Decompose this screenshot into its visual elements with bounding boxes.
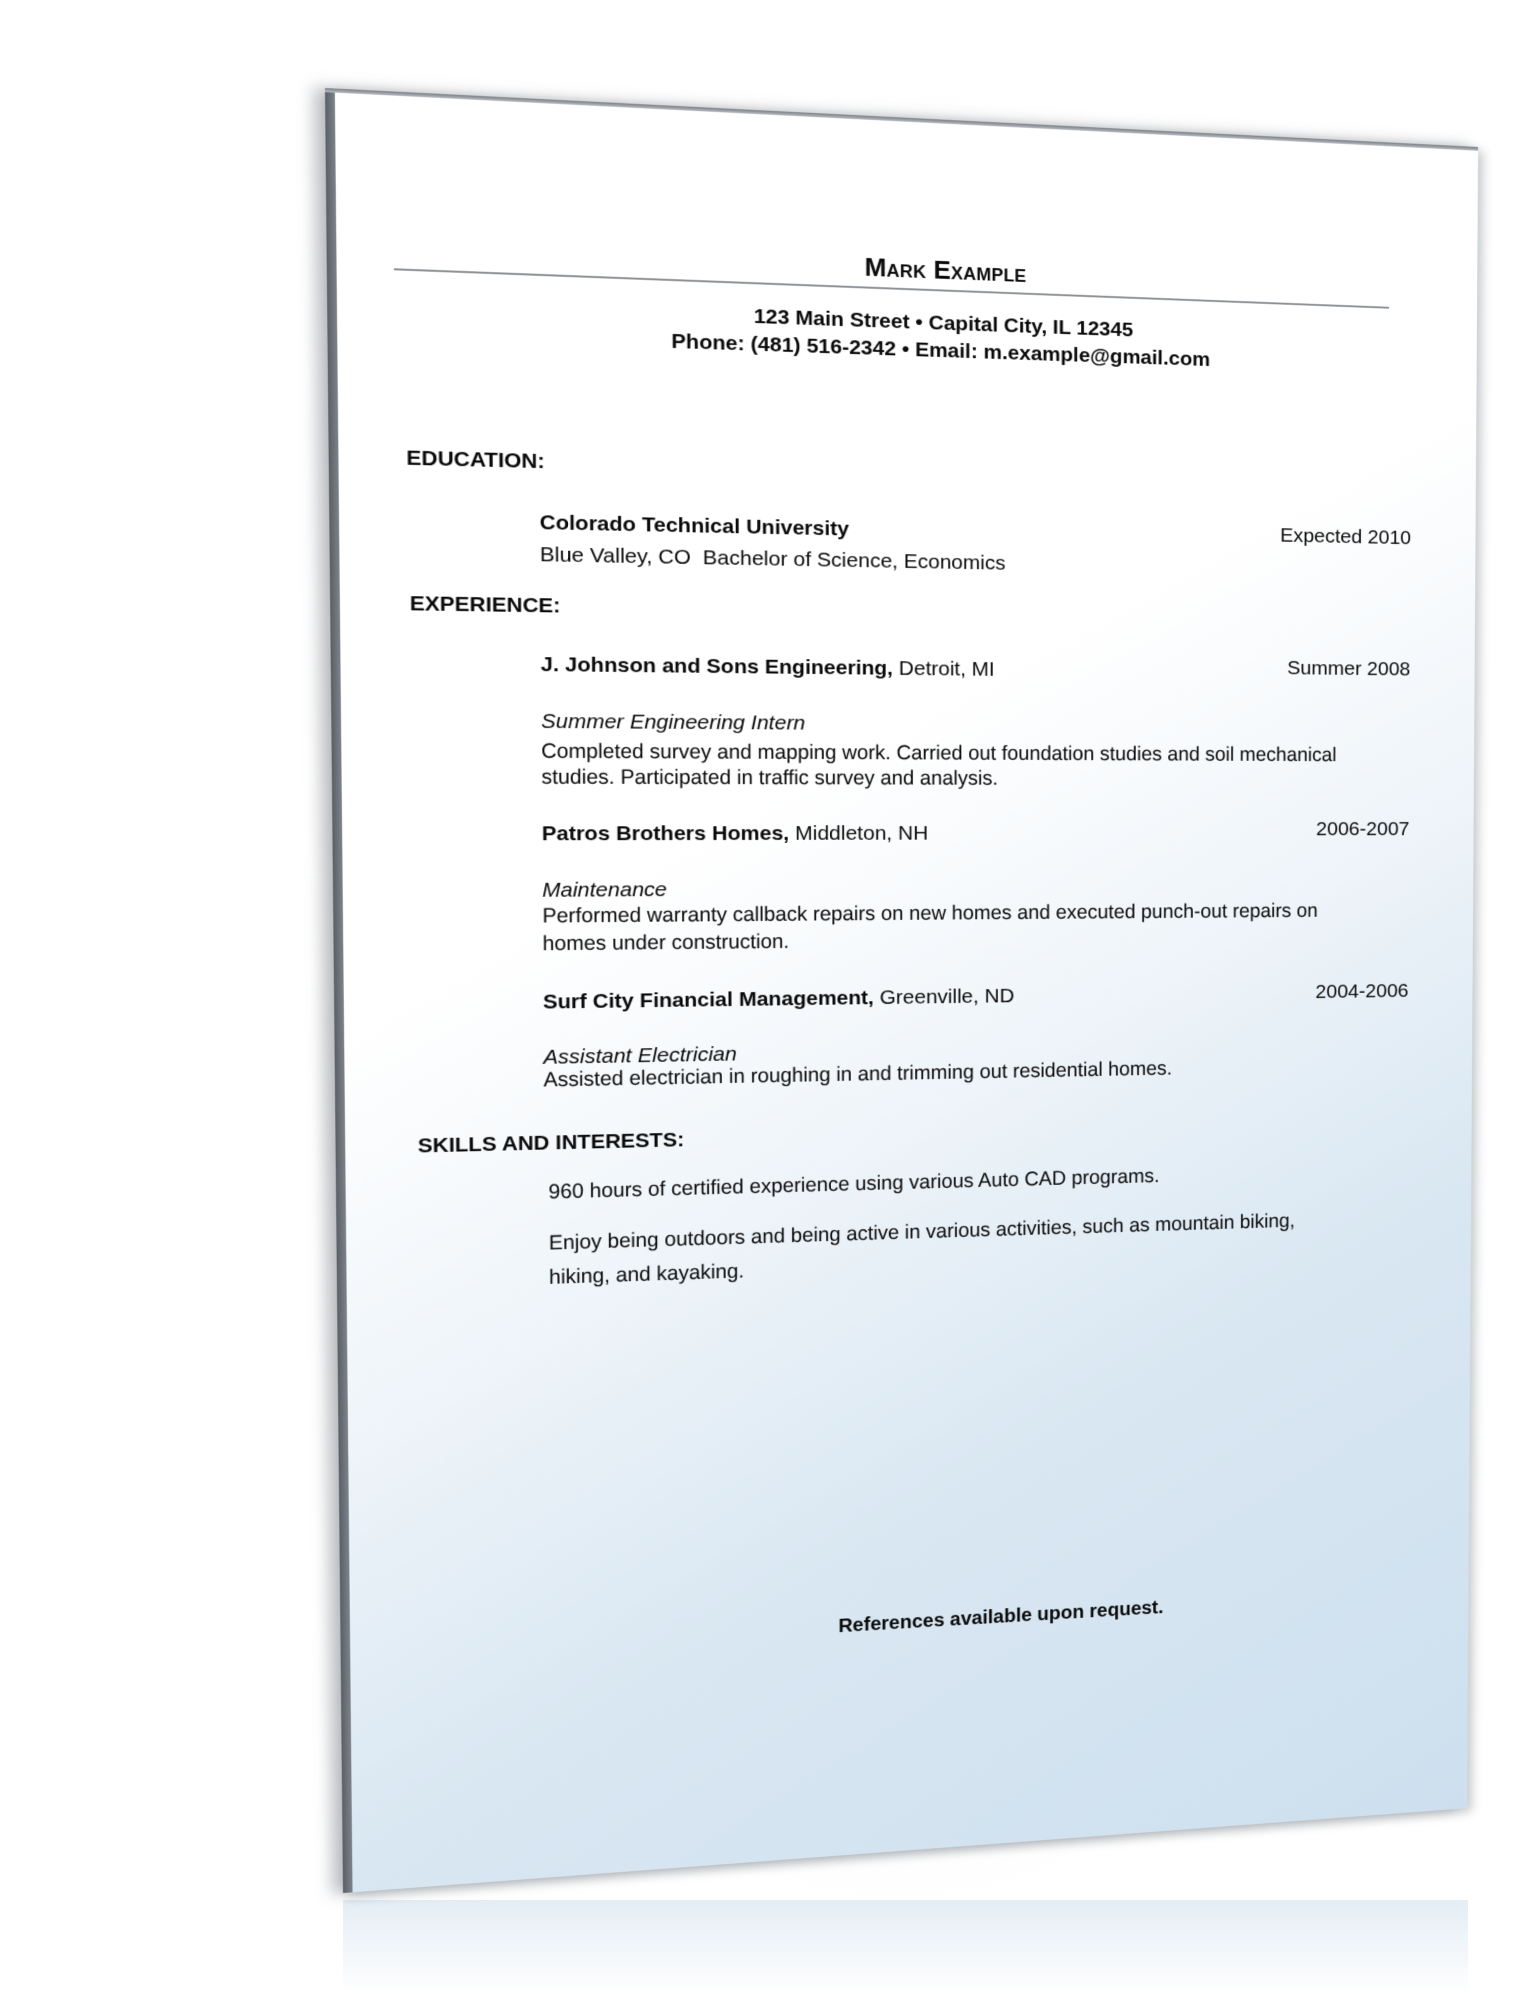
job-2-description-line-1: Performed warranty callback repairs on n… [542,899,1318,929]
education-date: Expected 2010 [1280,524,1411,551]
job-2-title: Maintenance [542,877,667,903]
job-2-header: Patros Brothers Homes, Middleton, NH [542,821,928,847]
job-3-employer: Surf City Financial Management, [543,987,874,1014]
job-2-employer: Patros Brothers Homes, [542,822,789,845]
education-location: Blue Valley, CO [540,543,691,569]
job-2-description-line-2: homes under construction. [542,929,789,957]
job-3-location: Greenville, ND [880,985,1015,1009]
job-3-header: Surf City Financial Management, Greenvil… [543,984,1014,1015]
education-heading: EDUCATION: [406,445,545,475]
job-1-description-line-1: Completed survey and mapping work. Carri… [541,739,1336,768]
skills-item-2-line-2: hiking, and kayaking. [549,1259,744,1291]
education-school: Colorado Technical University [540,510,850,542]
skills-item-1: 960 hours of certified experience using … [548,1164,1159,1205]
references-note: References available upon request. [341,1572,1479,1668]
page-reflection [343,1900,1468,1995]
job-2-location: Middleton, NH [795,822,928,844]
job-1-description-line-2: studies. Participated in traffic survey … [541,765,998,792]
skills-heading: SKILLS AND INTERESTS: [418,1128,685,1160]
education-details: Blue Valley, CO Bachelor of Science, Eco… [540,542,1006,576]
job-1-location: Detroit, MI [899,657,995,680]
job-3-date: 2004-2006 [1315,979,1408,1004]
resume-document-page: Mark Example 123 Main Street • Capital C… [325,88,1478,1893]
experience-heading: EXPERIENCE: [410,591,561,619]
job-1-header: J. Johnson and Sons Engineering, Detroit… [541,652,995,682]
job-2-date: 2006-2007 [1316,817,1409,841]
job-1-date: Summer 2008 [1287,656,1410,682]
job-1-title: Summer Engineering Intern [541,709,805,736]
education-degree: Bachelor of Science, Economics [703,546,1006,574]
job-1-employer: J. Johnson and Sons Engineering, [541,653,893,679]
skills-item-2-line-1: Enjoy being outdoors and being active in… [549,1209,1295,1256]
